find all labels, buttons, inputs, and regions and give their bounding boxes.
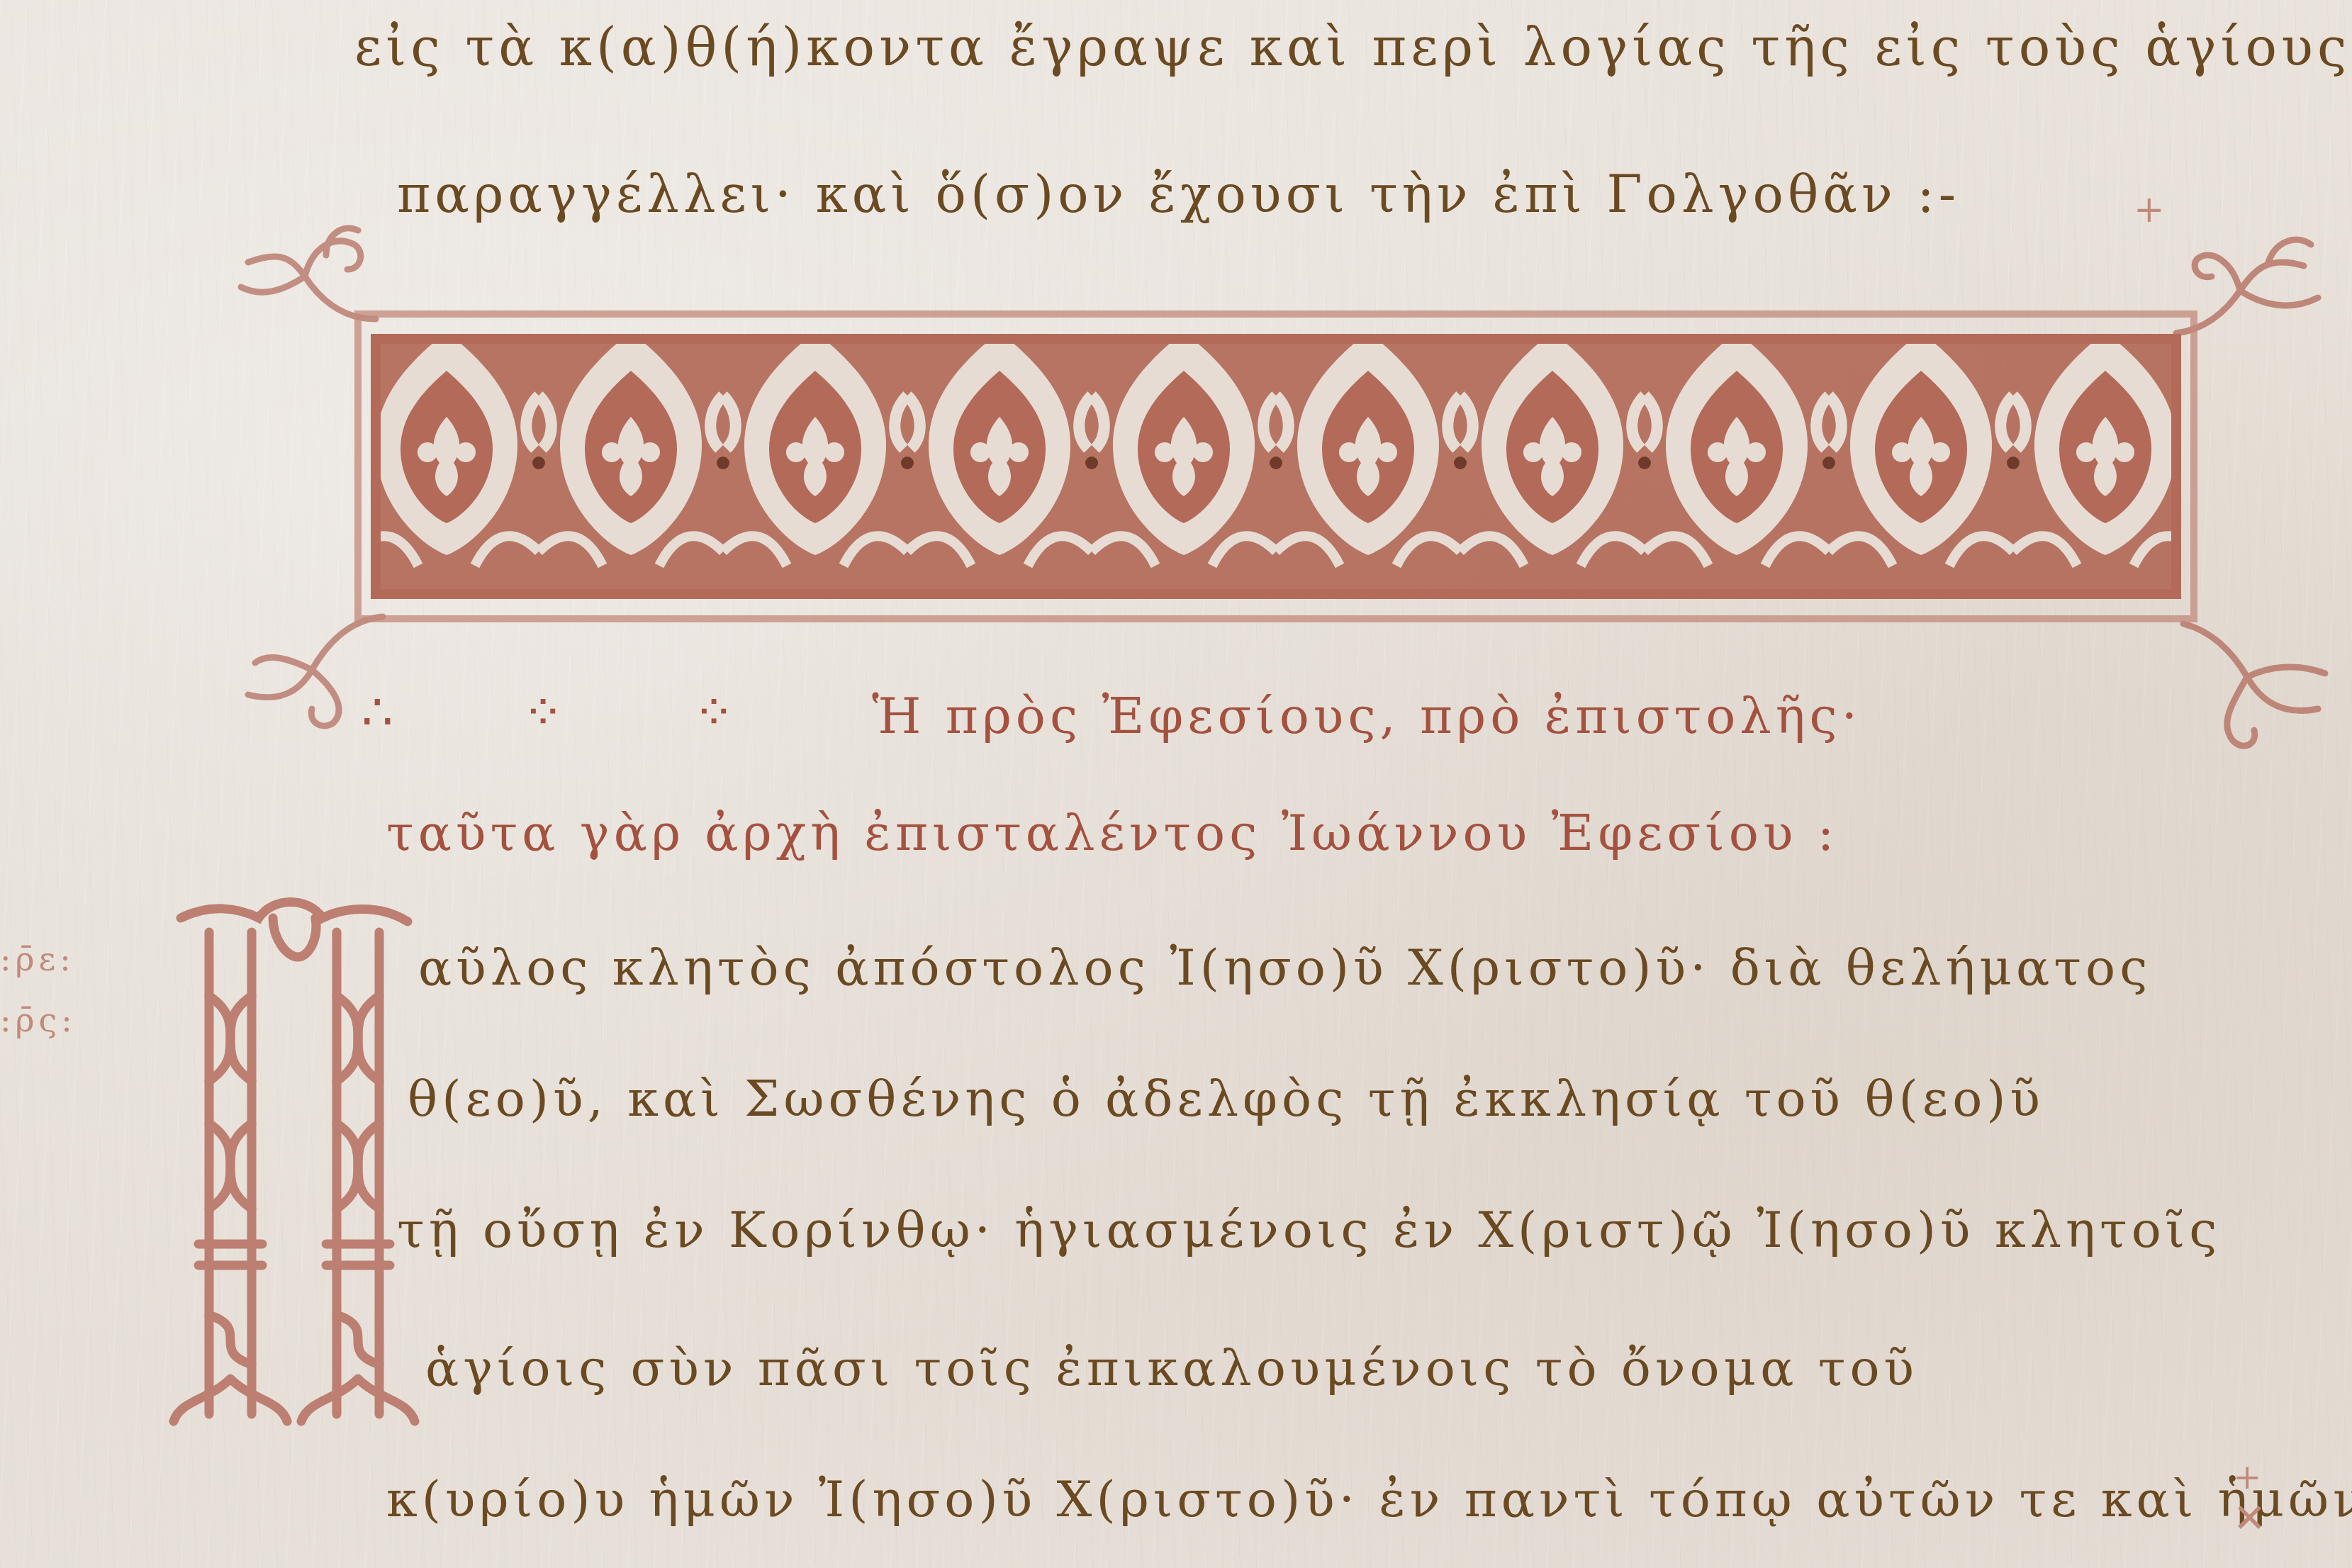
text-line-3: αῦλος κλητὸς ἀπόστολος Ἰ(ησο)ῦ Χ(ριστο)ῦ… [418,943,2151,992]
text-line-7: κ(υρίο)υ ἡμῶν Ἰ(ησο)ῦ Χ(ριστο)ῦ· ἐν παντ… [386,1474,2352,1524]
rubric-title-line-1: Ἡ πρὸς Ἐφεσίους, πρὸ ἐπιστολῆς· [872,691,1861,741]
headpiece-ornament-band [354,310,2197,622]
rubric-title-line-2: ταῦτα γὰρ ἀρχὴ ἐπισταλέντος Ἰωάννου Ἐφεσ… [386,808,1838,858]
text-line-4: θ(εο)ῦ, καὶ Σωσθένης ὁ ἀδελφὸς τῇ ἐκκλησ… [408,1074,2044,1124]
text-line-2: παραγγέλλει· καὶ ὅ(σ)ον ἔχουσι τὴν ἐπὶ Γ… [397,169,1960,220]
margin-note-line-1: :ρ̄ε: [0,943,77,975]
text-line-1: εἰς τὰ κ(α)θ(ή)κοντα ἔγραψε καὶ περὶ λογ… [354,21,2351,74]
manuscript-page: εἰς τὰ κ(α)θ(ή)κοντα ἔγραψε καὶ περὶ λογ… [0,0,2352,1568]
ornamental-initial-pi [167,890,422,1428]
corner-flourish-bottom-right [2169,610,2339,758]
margin-note-line-2: :ρ̄ς: [0,1004,77,1036]
margin-mark-plus: + [2233,1460,2266,1494]
rubric-dot-ornament: ∴ ⁘ ⁘ [362,688,791,737]
margin-note-left: :ρ̄ε: :ρ̄ς: [0,943,77,1008]
margin-mark-cross: ✕ [2233,1499,2270,1539]
text-line-5: τῇ οὔσῃ ἐν Κορίνθῳ· ἡγιασμένοις ἐν Χ(ρισ… [397,1205,2222,1255]
text-line-6: ἁγίοις σὺν πᾶσι τοῖς ἐπικαλουμένοις τὸ ὄ… [425,1343,1918,1393]
